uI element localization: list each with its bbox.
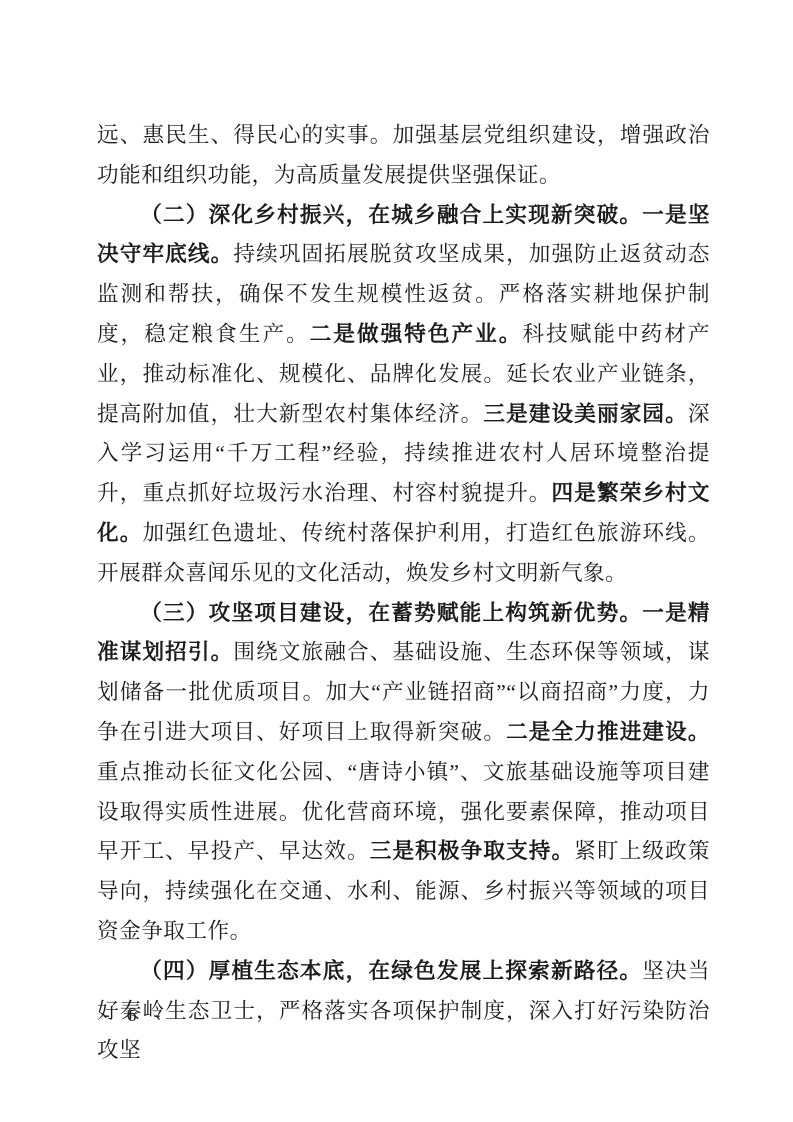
document-body: 远、惠民生、得民心的实事。加强基层党组织建设，增强政治功能和组织功能，为高质量发… xyxy=(97,116,710,1071)
paragraph: （四）厚植生态本底，在绿色发展上探索新路径。坚决当好秦岭生态卫士，严格落实各项保… xyxy=(97,952,710,1071)
paragraph: 远、惠民生、得民心的实事。加强基层党组织建设，增强政治功能和组织功能，为高质量发… xyxy=(97,116,710,196)
document-page: 远、惠民生、得民心的实事。加强基层党组织建设，增强政治功能和组织功能，为高质量发… xyxy=(0,0,793,1122)
bold-text-run: 三是积极争取支持。 xyxy=(370,839,575,863)
page-number: - 6 - xyxy=(103,1004,166,1027)
paragraph: （三）攻坚项目建设，在蓄势赋能上构筑新优势。一是精准谋划招引。围绕文旅融合、基础… xyxy=(97,594,710,952)
bold-text-run: 二是做强特色产业。 xyxy=(310,322,523,346)
text-run: 加强红色遗址、传统村落保护利用，打造红色旅游环线。开展群众喜闻乐见的文化活动，焕… xyxy=(97,521,710,585)
bold-text-run: （四）厚植生态本底，在绿色发展上探索新路径。 xyxy=(140,959,642,983)
bold-text-run: 二是全力推进建设。 xyxy=(506,720,710,744)
bold-text-run: 三是建设美丽家园。 xyxy=(483,402,688,426)
text-run: 远、惠民生、得民心的实事。加强基层党组织建设，增强政治功能和组织功能，为高质量发… xyxy=(97,123,710,187)
paragraph: （二）深化乡村振兴，在城乡融合上实现新突破。一是坚决守牢底线。持续巩固拓展脱贫攻… xyxy=(97,196,710,594)
